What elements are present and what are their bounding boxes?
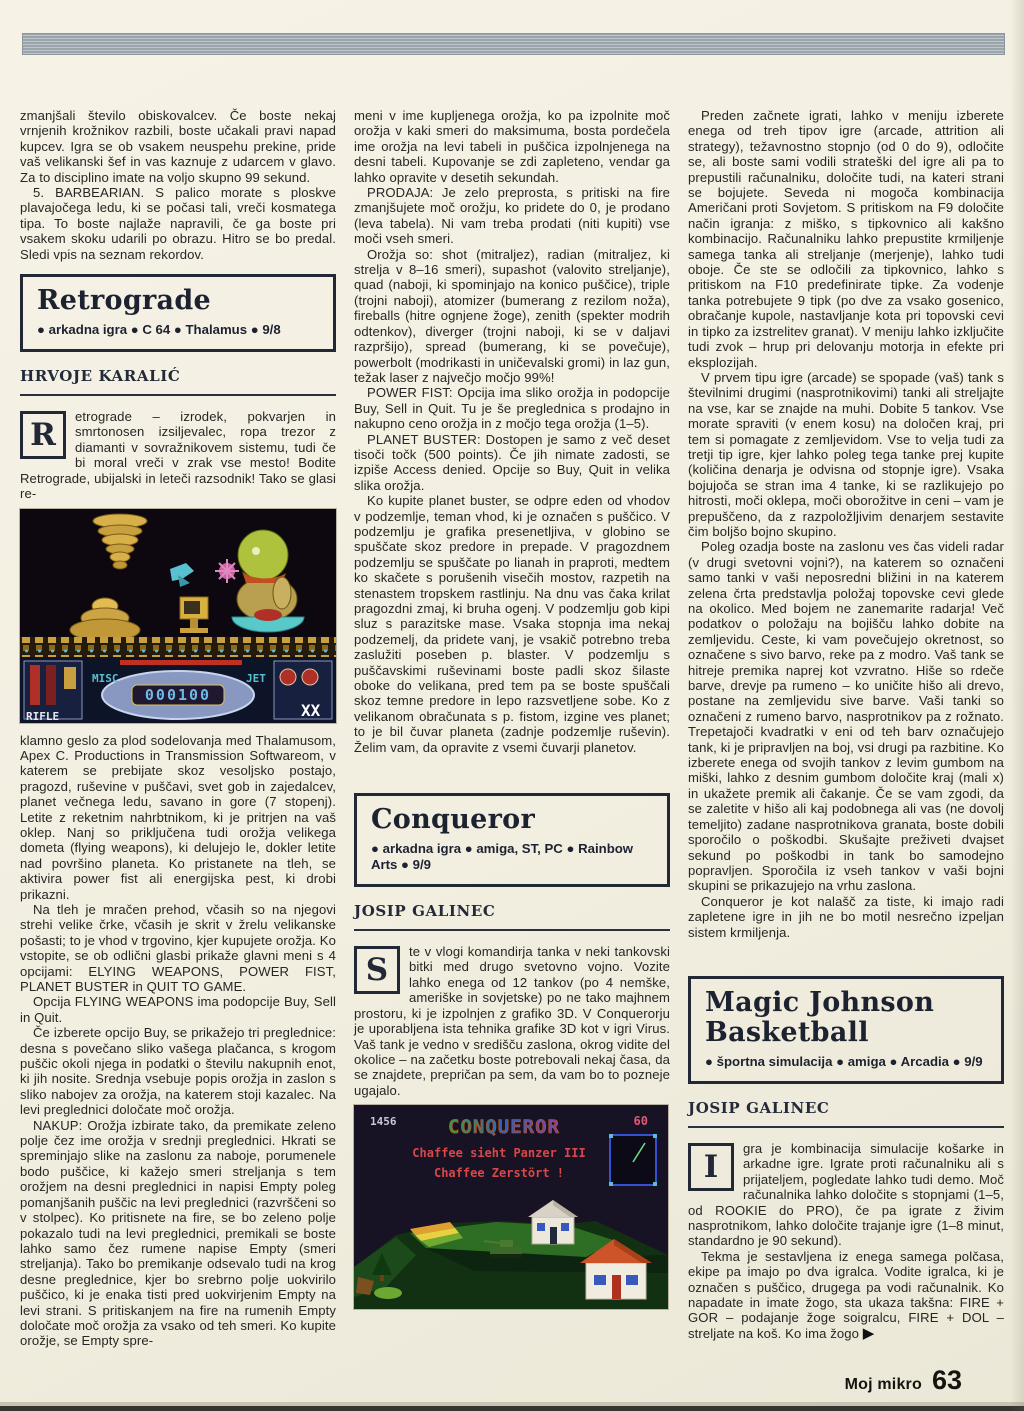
intro-paragraph: S te v vlogi komandirja tanka v neki tan… — [354, 944, 670, 1098]
intro-paragraph: R etrograde – izrodek, pokvarjen in smrt… — [20, 409, 336, 501]
hud-xx-label: XX — [301, 701, 321, 720]
column-right: Preden začnete igrati, lahko v meniju iz… — [688, 108, 1004, 1396]
paragraph: te v vlogi komandirja tanka v neki tanko… — [354, 944, 670, 1098]
game-title: Retrograde — [37, 286, 321, 316]
game-logo-text: CONQUEROR — [448, 1116, 560, 1138]
magazine-name: Moj mikro — [845, 1376, 922, 1394]
paragraph: POWER FIST: Opcija ima sliko orožja in p… — [354, 385, 670, 431]
paragraph: Ko kupite planet buster, se odpre eden o… — [354, 493, 670, 755]
author-name: JOSIP GALINEC — [354, 902, 670, 920]
conqueror-game-screenshot: 1456 60 CONQUEROR Chaffee sieht Panzer I… — [354, 1105, 668, 1309]
hud-jet-label: JET — [246, 672, 266, 685]
page-curl-shadow — [1010, 0, 1024, 1411]
hud-misc-label: MISC — [92, 672, 119, 685]
paragraph: gra je kombinacija simulacije košarke in… — [688, 1141, 1004, 1249]
author-name: HRVOJE KARALIĆ — [20, 367, 336, 385]
retrograde-game-screenshot: 000100 MISC JET RIFLE XX — [20, 509, 336, 723]
review-header-retrograde: Retrograde ● arkadna igra ● C 64 ● Thala… — [20, 274, 336, 352]
battle-message-1: Chaffee sieht Panzer III — [412, 1146, 585, 1160]
timer-counter: 60 — [634, 1114, 648, 1128]
game-meta: ● arkadna igra ● C 64 ● Thalamus ● 9/8 — [37, 322, 321, 338]
page-number: 63 — [932, 1365, 962, 1396]
game-meta: ● športna simulacija ● amiga ● Arcadia ●… — [705, 1054, 989, 1070]
paragraph: Preden začnete igrati, lahko v meniju iz… — [688, 108, 1004, 370]
review-header-magic-johnson: Magic Johnson Basketball ● športna simul… — [688, 976, 1004, 1084]
hud-rifle-label: RIFLE — [26, 710, 59, 723]
paragraph: etrograde – izrodek, pokvarjen in smrton… — [20, 409, 336, 501]
paragraph: Tekma je sestavljena iz enega samega pol… — [688, 1249, 1004, 1341]
dropcap-letter: I — [688, 1143, 734, 1191]
scan-edge-dark — [0, 1406, 1024, 1411]
paragraph: 5. BARBEARIAN. S palico morate s ploskve… — [20, 185, 336, 262]
article-columns: zmanjšali število obiskovalcev. Če boste… — [20, 108, 1004, 1396]
dropcap-letter: R — [20, 411, 66, 459]
author-block: JOSIP GALINEC — [688, 1099, 1004, 1128]
continued-arrow-icon: ▶ — [863, 1325, 875, 1342]
paragraph: PLANET BUSTER: Dostopen je samo z več de… — [354, 432, 670, 494]
paragraph: Opcija FLYING WEAPONS ima podopcije Buy,… — [20, 994, 336, 1025]
paragraph: PRODAJA: Je zelo preprosta, s pritiski n… — [354, 185, 670, 247]
score-display: 000100 — [145, 686, 211, 704]
intro-paragraph: I gra je kombinacija simulacije košarke … — [688, 1141, 1004, 1249]
decorative-stripe-bar — [22, 33, 1005, 55]
paragraph: meni v ime kupljenega orožja, ko pa izpo… — [354, 108, 670, 185]
paragraph: klamno geslo za plod sodelovanja med Tha… — [20, 733, 336, 902]
dropcap-letter: S — [354, 946, 400, 994]
paragraph: NAKUP: Orožja izbirate tako, da premikat… — [20, 1118, 336, 1349]
author-name: JOSIP GALINEC — [688, 1099, 1004, 1117]
paragraph: Poleg ozadja boste na zaslonu ves čas vi… — [688, 539, 1004, 893]
hud-panel: 000100 MISC JET RIFLE XX — [20, 657, 336, 723]
paragraph: V prvem tipu igre (arcade) se spopade (v… — [688, 370, 1004, 539]
author-block: JOSIP GALINEC — [354, 902, 670, 931]
author-block: HRVOJE KARALIĆ — [20, 367, 336, 396]
column-middle: meni v ime kupljenega orožja, ko pa izpo… — [354, 108, 670, 1396]
game-title: Magic Johnson Basketball — [705, 988, 989, 1048]
paragraph: Če izberete opcijo Buy, se prikažejo tri… — [20, 1025, 336, 1117]
paragraph: zmanjšali število obiskovalcev. Če boste… — [20, 108, 336, 185]
paragraph: Na tleh je mračen prehod, včasih so na n… — [20, 902, 336, 994]
paragraph: Conqueror je kot nalašč za tiste, ki ima… — [688, 894, 1004, 940]
radar-compass — [609, 1134, 657, 1186]
game-meta: ● arkadna igra ● amiga, ST, PC ● Rainbow… — [371, 841, 655, 873]
magazine-page: zmanjšali število obiskovalcev. Če boste… — [0, 0, 1024, 1411]
score-counter: 1456 — [370, 1115, 397, 1128]
ground-strip — [20, 637, 336, 657]
page-footer: Moj mikro 63 — [688, 1365, 1004, 1396]
review-header-conqueror: Conqueror ● arkadna igra ● amiga, ST, PC… — [354, 793, 670, 887]
battle-message-2: Chaffee Zerstört ! — [434, 1166, 564, 1180]
game-title: Conqueror — [371, 805, 655, 835]
paragraph: Orožja so: shot (mitraljez), radian (mit… — [354, 247, 670, 386]
column-left: zmanjšali število obiskovalcev. Če boste… — [20, 108, 336, 1396]
